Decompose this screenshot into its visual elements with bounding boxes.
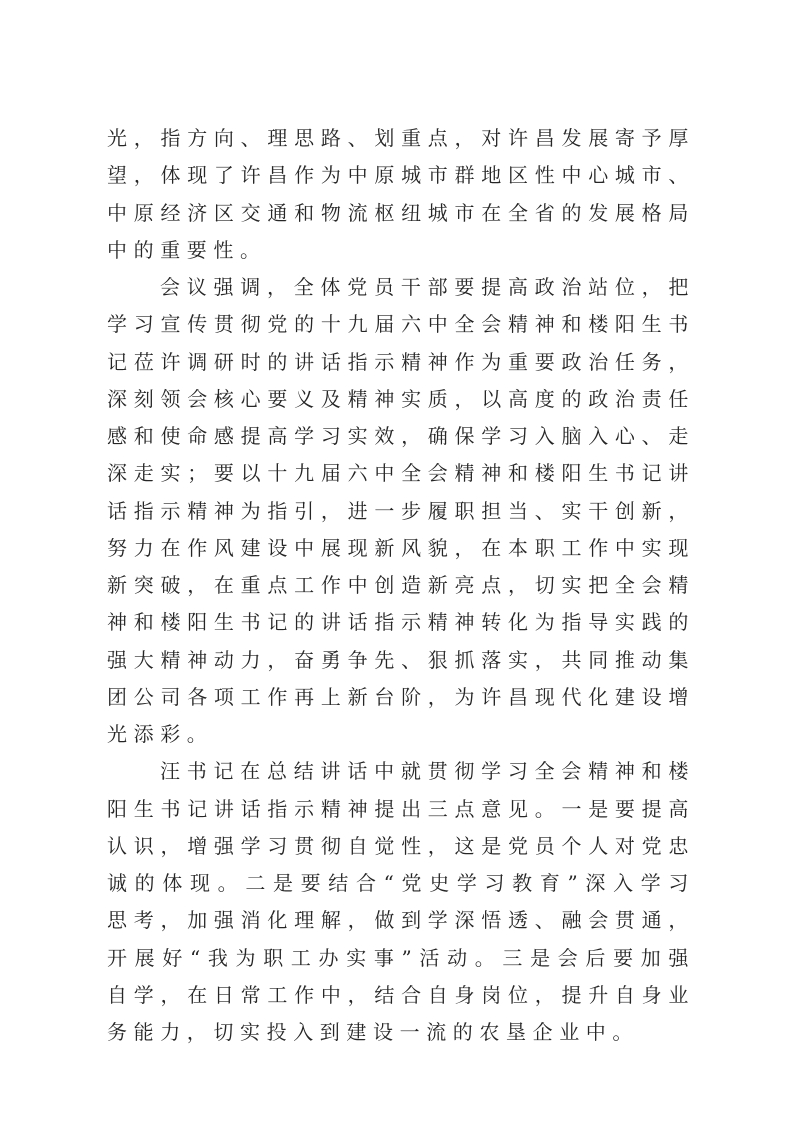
paragraph-3: 汪书记在总结讲话中就贯彻学习全会精神和楼阳生书记讲话指示精神提出三点意见。一是要… bbox=[107, 753, 695, 1051]
document-page: 光，指方向、理思路、划重点，对许昌发展寄予厚望，体现了许昌作为中原城市群地区性中… bbox=[107, 120, 695, 1051]
paragraph-2: 会议强调，全体党员干部要提高政治站位，把学习宣传贯彻党的十九届六中全会精神和楼阳… bbox=[107, 269, 695, 753]
paragraph-1: 光，指方向、理思路、划重点，对许昌发展寄予厚望，体现了许昌作为中原城市群地区性中… bbox=[107, 120, 695, 269]
